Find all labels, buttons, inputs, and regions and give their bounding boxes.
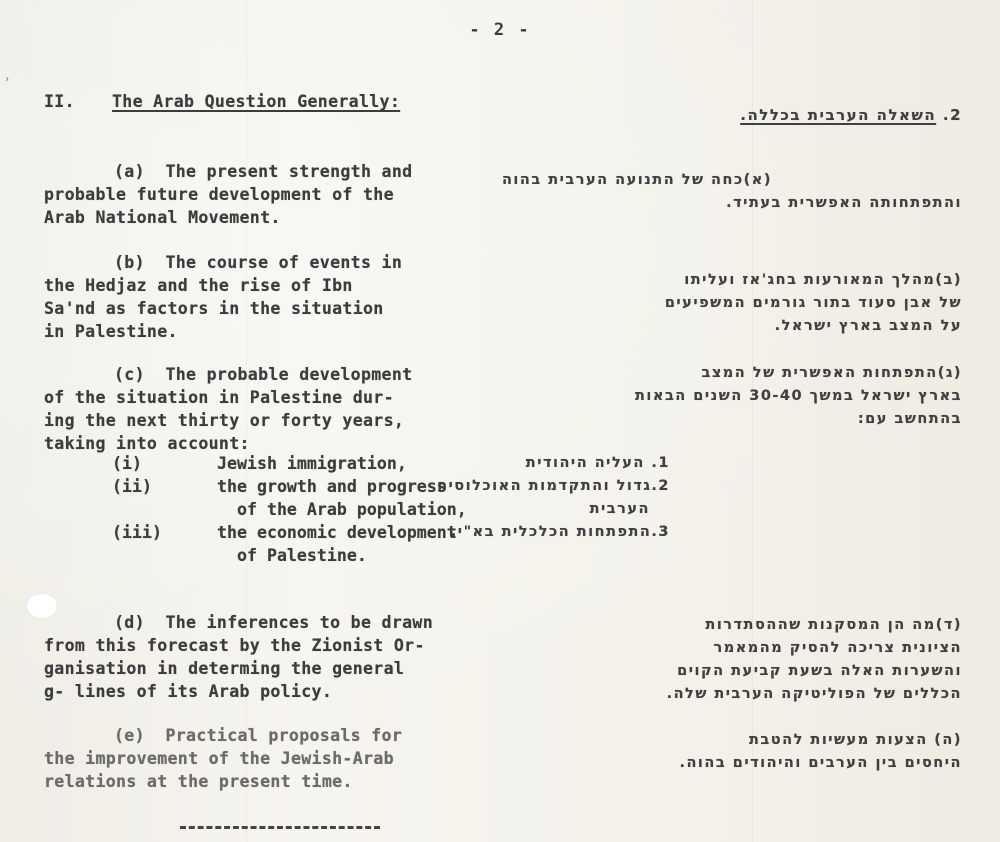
- item-d-line: ganisation in determing the general: [44, 657, 433, 680]
- item-e-english: (e) Practical proposals forthe improveme…: [44, 701, 402, 816]
- page-number: - 2 -: [0, 20, 1000, 40]
- subitem-2-hebrew: 2.גדול והתקדמות האוכלוסיה: [437, 475, 670, 498]
- subitem-text: of Palestine.: [217, 546, 367, 565]
- item-e-line: the improvement of the Jewish-Arab: [44, 747, 402, 770]
- item-c-line: (c) The probable development: [44, 363, 412, 386]
- item-b-hebrew-line: של אבן סעוד בתור גורמים המשפיעים: [665, 292, 962, 315]
- item-c-hebrew-line: (ג)התפתחות האפשרית של המצב: [635, 362, 962, 385]
- subitem-number: (ii): [112, 475, 217, 498]
- item-a-hebrew: (א)כחה של התנועה הערבית בהוהוהתפתחותה הא…: [502, 146, 962, 238]
- subitem-ii-english-cont: of the Arab population,: [112, 498, 467, 521]
- subitem-hebrew-text: 1. העליה היהודית: [526, 452, 670, 475]
- item-d-line: g- lines of its Arab policy.: [44, 680, 433, 703]
- item-a-line: Arab National Movement.: [44, 206, 412, 229]
- subitem-text: Jewish immigration,: [217, 454, 407, 473]
- item-b-hebrew-line: על המצב בארץ ישראל.: [665, 315, 962, 338]
- section-number-hebrew: 2.: [943, 106, 962, 124]
- item-a-hebrew-line: (א)כחה של התנועה הערבית בהוה: [502, 169, 962, 192]
- item-d-hebrew-line: והשערות האלה בשעת קביעת הקוים: [667, 660, 962, 683]
- subitem-i-english: (i)Jewish immigration,: [112, 452, 407, 475]
- margin-mark: ›: [4, 74, 10, 85]
- subitem-text: of the Arab population,: [217, 500, 467, 519]
- item-e-line: relations at the present time.: [44, 770, 402, 793]
- subitem-1-hebrew: 1. העליה היהודית: [526, 452, 670, 475]
- subitem-hebrew-text: 3.התפתחות הכלכלית בא"י.: [451, 521, 670, 544]
- item-e-line: (e) Practical proposals for: [44, 724, 402, 747]
- item-c-hebrew: (ג)התפתחות האפשרית של המצבבארץ ישראל במש…: [635, 339, 962, 454]
- item-e-hebrew-line: היחסים בין הערבים והיהודים בהוה.: [679, 752, 962, 775]
- item-e-hebrew-line: (ה) הצעות מעשיות להטבת: [679, 729, 962, 752]
- item-d-hebrew-line: הציונית צריכה להסיק מהמאמר: [667, 637, 962, 660]
- subitem-number: (i): [112, 452, 217, 475]
- subitem-iii-english: (iii)the economic development: [112, 521, 457, 544]
- item-c-hebrew-line: בארץ ישראל במשך 30-40 השנים הבאות: [635, 385, 962, 408]
- section-number: II.: [44, 90, 112, 113]
- subitem-2-hebrew-cont: הערבית: [590, 498, 650, 521]
- section-title: The Arab Question Generally:: [112, 92, 400, 111]
- item-d-line: from this forecast by the Zionist Or-: [44, 634, 433, 657]
- section-heading-hebrew: 2. השאלה הערבית בכללה.: [740, 104, 962, 127]
- item-e-hebrew: (ה) הצעות מעשיות להטבתהיחסים בין הערבים …: [679, 706, 962, 798]
- subitem-number: (iii): [112, 521, 217, 544]
- subitem-text: the growth and progress: [217, 477, 447, 496]
- item-d-line: (d) The inferences to be drawn: [44, 611, 433, 634]
- item-c-hebrew-line: בהתחשב עם:: [635, 408, 962, 431]
- item-b-line: the Hedjaz and the rise of Ibn: [44, 274, 402, 297]
- item-a-hebrew-line: והתפתחותה האפשרית בעתיד.: [502, 192, 962, 215]
- item-c-line: ing the next thirty or forty years,: [44, 409, 412, 432]
- section-title-hebrew: השאלה הערבית בכללה.: [740, 106, 936, 124]
- subitem-iii-english-cont: of Palestine.: [112, 544, 367, 567]
- subitem-text: the economic development: [217, 523, 457, 542]
- item-d-hebrew-line: הכללים של הפוליטיקה הערבית שלה.: [667, 683, 962, 706]
- item-d-hebrew-line: (ד)מה הן המסקנות שההסתדרות: [667, 614, 962, 637]
- item-b-line: (b) The course of events in: [44, 251, 402, 274]
- subitem-hebrew-text: 2.גדול והתקדמות האוכלוסיה: [437, 475, 670, 498]
- item-b-hebrew-line: (ב)מהלך המאורעות בחג'אז ועליתו: [665, 269, 962, 292]
- item-c-line: of the situation in Palestine dur-: [44, 386, 412, 409]
- item-a-line: probable future development of the: [44, 183, 412, 206]
- item-b-line: Sa'nd as factors in the situation: [44, 297, 402, 320]
- item-a-line: (a) The present strength and: [44, 160, 412, 183]
- subitem-3-hebrew: 3.התפתחות הכלכלית בא"י.: [451, 521, 670, 544]
- subitem-hebrew-text: הערבית: [590, 498, 650, 521]
- section-heading-english: II.The Arab Question Generally:: [44, 90, 400, 113]
- subitem-ii-english: (ii)the growth and progress: [112, 475, 447, 498]
- closing-rule: [180, 826, 380, 829]
